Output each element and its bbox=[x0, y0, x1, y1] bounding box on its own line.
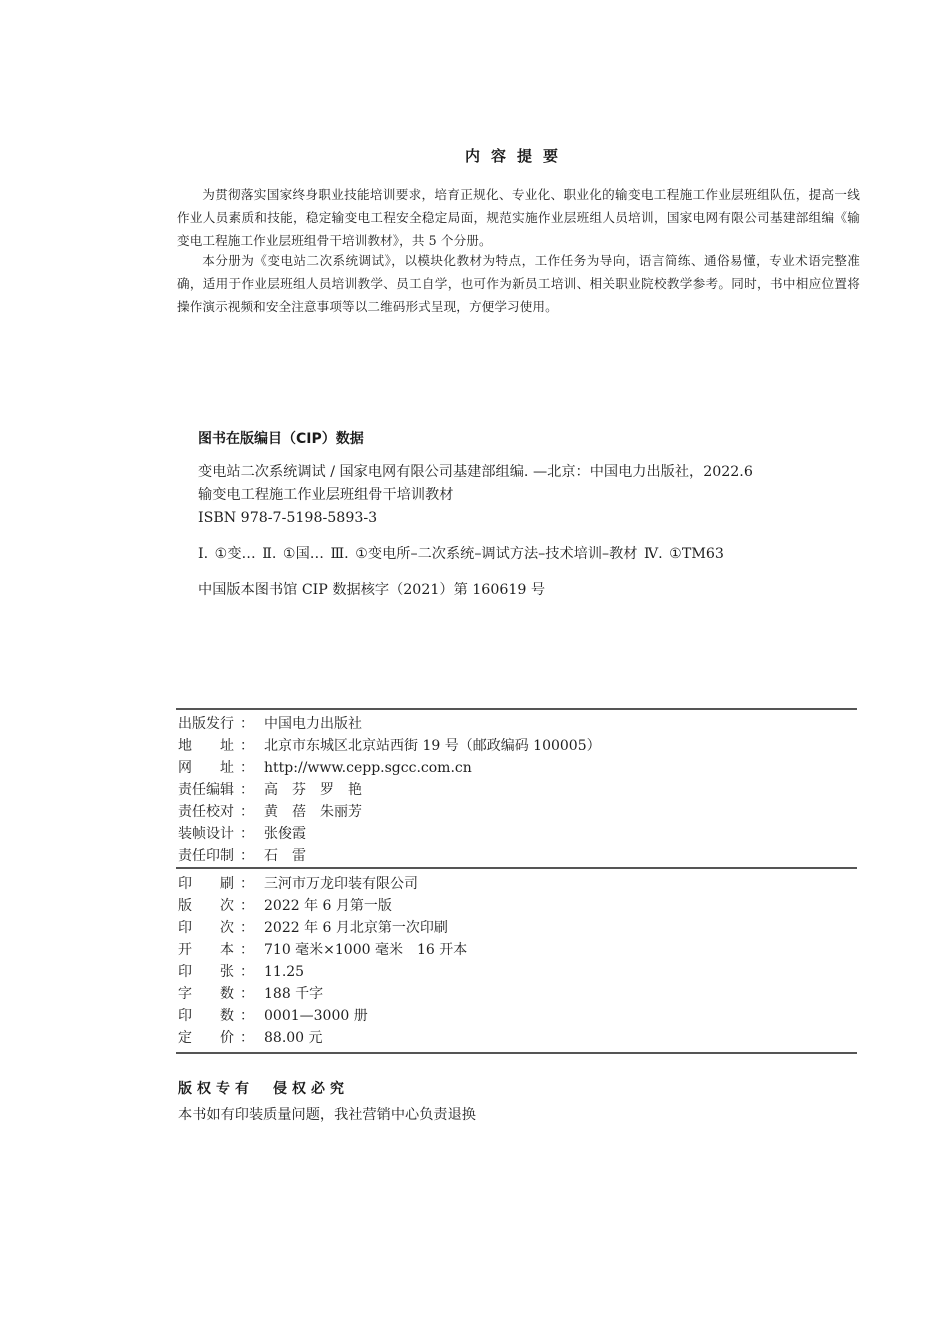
info-label: 责任印制 bbox=[178, 845, 240, 867]
colon: ： bbox=[240, 1027, 264, 1049]
info-value: 石 雷 bbox=[264, 845, 306, 867]
divider-top bbox=[176, 708, 857, 710]
colon: ： bbox=[240, 716, 254, 732]
info-label-b: 数 bbox=[220, 983, 240, 1005]
info-label-b: 价 bbox=[220, 1027, 240, 1049]
cip-line-title: 变电站二次系统调试 / 国家电网有限公司基建部组编. —北京：中国电力出版社，2… bbox=[198, 462, 753, 483]
info-label: 网 址 bbox=[178, 757, 240, 779]
info-label-a: 印 bbox=[178, 873, 220, 895]
colon: ： bbox=[240, 848, 254, 864]
info-label: 责任校对 bbox=[178, 801, 240, 823]
info-row-print-run: 印数：0001—3000 册 bbox=[178, 1005, 368, 1027]
summary-paragraph-2: 本分册为《变电站二次系统调试》，以模块化教材为特点，工作任务为导向，语言简练、通… bbox=[177, 249, 860, 318]
info-row-print-manager: 责任印制：石 雷 bbox=[178, 845, 306, 867]
colon: ： bbox=[240, 804, 254, 820]
info-label-a: 印 bbox=[178, 917, 220, 939]
info-label-b: 本 bbox=[220, 939, 240, 961]
info-row-address: 地 址：北京市东城区北京站西街 19 号（邮政编码 100005） bbox=[178, 735, 601, 757]
info-row-word-count: 字数：188 千字 bbox=[178, 983, 323, 1005]
colon: ： bbox=[240, 961, 264, 983]
info-label-b: 次 bbox=[220, 895, 240, 917]
colon: ： bbox=[240, 782, 254, 798]
colon: ： bbox=[240, 1005, 264, 1027]
info-value: 中国电力出版社 bbox=[264, 713, 362, 735]
info-row-designer: 装帧设计：张俊霞 bbox=[178, 823, 306, 845]
info-row-proofreader: 责任校对：黄 蓓 朱丽芳 bbox=[178, 801, 362, 823]
quality-notice: 本书如有印装质量问题，我社营销中心负责退换 bbox=[178, 1104, 476, 1124]
info-label-a: 定 bbox=[178, 1027, 220, 1049]
info-value: 11.25 bbox=[264, 961, 304, 983]
info-label-a: 字 bbox=[178, 983, 220, 1005]
info-value: 88.00 元 bbox=[264, 1027, 323, 1049]
summary-paragraph-1: 为贯彻落实国家终身职业技能培训要求，培育正规化、专业化、职业化的输变电工程施工作… bbox=[177, 183, 860, 252]
info-label-b: 刷 bbox=[220, 873, 240, 895]
info-row-price: 定价：88.00 元 bbox=[178, 1027, 323, 1049]
info-value: 2022 年 6 月第一版 bbox=[264, 895, 392, 917]
info-label-b: 数 bbox=[220, 1005, 240, 1027]
info-label: 装帧设计 bbox=[178, 823, 240, 845]
info-label-b: 次 bbox=[220, 917, 240, 939]
info-row-printer: 印刷：三河市万龙印装有限公司 bbox=[178, 873, 418, 895]
colon: ： bbox=[240, 873, 264, 895]
divider-bottom bbox=[176, 1052, 857, 1054]
info-row-sheets: 印张：11.25 bbox=[178, 961, 304, 983]
info-row-website: 网 址：http://www.cepp.sgcc.com.cn bbox=[178, 757, 472, 779]
website-link[interactable]: http://www.cepp.sgcc.com.cn bbox=[264, 757, 472, 779]
info-label-a: 印 bbox=[178, 961, 220, 983]
colon: ： bbox=[240, 917, 264, 939]
cip-line-isbn: ISBN 978-7-5198-5893-3 bbox=[198, 508, 377, 529]
cip-line-series: 输变电工程施工作业层班组骨干培训教材 bbox=[198, 485, 453, 506]
cip-line-record-number: 中国版本图书馆 CIP 数据核字（2021）第 160619 号 bbox=[198, 580, 545, 601]
info-row-printing: 印次：2022 年 6 月北京第一次印刷 bbox=[178, 917, 448, 939]
copyright-heading: 版权专有 侵权必究 bbox=[178, 1078, 349, 1098]
colon: ： bbox=[240, 760, 254, 776]
info-label-a: 印 bbox=[178, 1005, 220, 1027]
info-label: 出版发行 bbox=[178, 713, 240, 735]
cip-line-classification: Ⅰ. ①变… Ⅱ. ①国… Ⅲ. ①变电所–二次系统–调试方法–技术培训–教材 … bbox=[198, 544, 724, 565]
info-label-a: 版 bbox=[178, 895, 220, 917]
cip-heading: 图书在版编目（CIP）数据 bbox=[198, 428, 364, 448]
info-value: 北京市东城区北京站西街 19 号（邮政编码 100005） bbox=[264, 735, 601, 757]
colon: ： bbox=[240, 895, 264, 917]
info-value: 张俊霞 bbox=[264, 823, 306, 845]
info-row-publisher: 出版发行：中国电力出版社 bbox=[178, 713, 362, 735]
colon: ： bbox=[240, 826, 254, 842]
info-label-a: 开 bbox=[178, 939, 220, 961]
info-value: 710 毫米×1000 毫米 16 开本 bbox=[264, 939, 467, 961]
info-row-format: 开本：710 毫米×1000 毫米 16 开本 bbox=[178, 939, 467, 961]
colon: ： bbox=[240, 939, 264, 961]
info-row-editor: 责任编辑：高 芬 罗 艳 bbox=[178, 779, 362, 801]
info-value: 三河市万龙印装有限公司 bbox=[264, 873, 418, 895]
colon: ： bbox=[240, 738, 254, 754]
summary-title: 内容提要 bbox=[0, 145, 950, 166]
info-value: 188 千字 bbox=[264, 983, 323, 1005]
info-value: 2022 年 6 月北京第一次印刷 bbox=[264, 917, 448, 939]
colon: ： bbox=[240, 983, 264, 1005]
info-label: 责任编辑 bbox=[178, 779, 240, 801]
info-value: 高 芬 罗 艳 bbox=[264, 779, 362, 801]
info-value: 0001—3000 册 bbox=[264, 1005, 368, 1027]
info-label: 地 址 bbox=[178, 735, 240, 757]
divider-middle bbox=[176, 867, 857, 869]
info-value: 黄 蓓 朱丽芳 bbox=[264, 801, 362, 823]
info-row-edition: 版次：2022 年 6 月第一版 bbox=[178, 895, 392, 917]
info-label-b: 张 bbox=[220, 961, 240, 983]
